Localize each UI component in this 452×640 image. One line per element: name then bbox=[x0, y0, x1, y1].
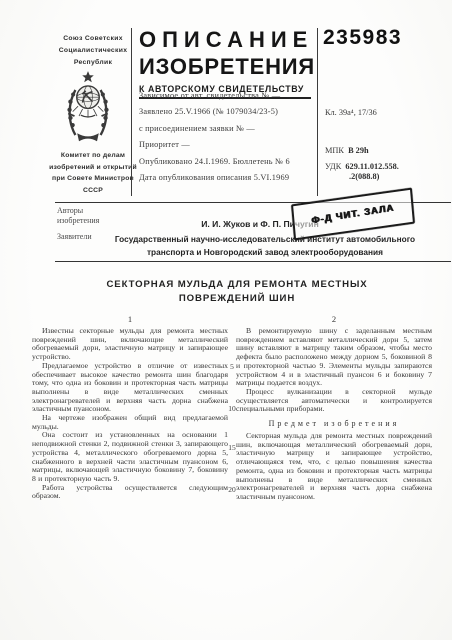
document-heading: ОПИСАНИЕ ИЗОБРЕТЕНИЯ К АВТОРСКОМУ СВИДЕТ… bbox=[139, 27, 315, 99]
paragraph: Процесс вулканизации в секторной мульде … bbox=[236, 388, 432, 414]
applicants-label: Заявители bbox=[57, 232, 92, 242]
union-name-line: Союз Советских bbox=[53, 33, 133, 45]
applicants-names: Государственный научно-исследовательский… bbox=[92, 233, 438, 258]
column-2: В ремонтируемую шину с заделанным местны… bbox=[236, 327, 432, 502]
separator-rule-bottom bbox=[55, 261, 451, 262]
paragraph: На чертеже изображен общий вид предлагае… bbox=[32, 414, 228, 431]
claim-paragraph: Секторная мульда для ремонта местных пов… bbox=[236, 432, 432, 502]
invention-title: СЕКТОРНАЯ МУЛЬДА ДЛЯ РЕМОНТА МЕСТНЫХ ПОВ… bbox=[52, 278, 422, 305]
committee-name-line: СССР bbox=[47, 185, 139, 197]
mpk-label: МПК bbox=[325, 146, 344, 155]
column1-header: 1 bbox=[32, 314, 228, 324]
union-name-line: Социалистических bbox=[53, 45, 133, 57]
udk-label: УДК bbox=[325, 162, 341, 171]
column2-header: 2 bbox=[236, 314, 432, 324]
line-number-20: 20 bbox=[223, 485, 241, 494]
line-number-5: 5 bbox=[223, 362, 241, 371]
filing-fields: Зависимое от авт. свидетельства № — Заяв… bbox=[139, 91, 317, 189]
udk-line: УДК 629.11.012.558. bbox=[325, 162, 399, 171]
column-headers: 1 2 bbox=[32, 314, 432, 324]
document-body: 1 2 Известны секторные мульды для ремонт… bbox=[32, 314, 432, 502]
authors-label: Авторыизобретения bbox=[57, 206, 99, 226]
field-dependent-certificate: Зависимое от авт. свидетельства № — bbox=[139, 91, 317, 107]
paragraph: В ремонтируемую шину с заделанным местны… bbox=[236, 327, 432, 388]
mpk-value: В 29h bbox=[348, 146, 369, 155]
paragraph: Работа устройства осуществляется следующ… bbox=[32, 484, 228, 501]
header-divider-left bbox=[131, 28, 132, 196]
document-heading-line1: ОПИСАНИЕ bbox=[139, 27, 315, 53]
field-priority: Приоритет — bbox=[139, 140, 317, 156]
paragraph: Известны секторные мульды для ремонта ме… bbox=[32, 327, 228, 362]
invention-title-line1: СЕКТОРНАЯ МУЛЬДА ДЛЯ РЕМОНТА МЕСТНЫХ bbox=[52, 278, 422, 292]
field-joined-application: с присоединением заявки № — bbox=[139, 124, 317, 140]
udk-value-continued: .2(088.8) bbox=[349, 172, 379, 181]
paragraph: Предлагаемое устройство в отличие от изв… bbox=[32, 362, 228, 414]
field-publication-date: Дата опубликования описания 5.VI.1969 bbox=[139, 173, 317, 189]
field-application-date: Заявлено 25.V.1966 (№ 1079034/23-5) bbox=[139, 107, 317, 123]
patent-document-page: Союз Советских Социалистических Республи… bbox=[0, 0, 452, 640]
union-name-line: Республик bbox=[53, 57, 133, 69]
column-1: Известны секторные мульды для ремонта ме… bbox=[32, 327, 228, 502]
header-divider-right bbox=[317, 28, 318, 196]
udk-value: 629.11.012.558. bbox=[345, 162, 398, 171]
invention-title-line2: ПОВРЕЖДЕНИЙ ШИН bbox=[52, 292, 422, 306]
library-stamp-text: Ф-Д ЧИТ. ЗАЛА bbox=[311, 202, 395, 226]
applicants-line1: Государственный научно-исследовательский… bbox=[92, 233, 438, 246]
line-number-15: 15 bbox=[223, 443, 241, 452]
committee-name-line: при Совете Министров bbox=[47, 173, 139, 185]
mpk-line: МПК В 29h bbox=[325, 146, 369, 155]
claim-heading: Предмет изобретения bbox=[236, 419, 432, 428]
ussr-emblem-icon bbox=[61, 70, 115, 146]
class-line: Кл. 39а⁴, 17/36 bbox=[325, 108, 377, 117]
committee-name-line: Комитет по делам bbox=[47, 150, 139, 162]
document-heading-line2: ИЗОБРЕТЕНИЯ bbox=[139, 54, 315, 80]
union-name: Союз Советских Социалистических Республи… bbox=[53, 33, 133, 69]
paragraph: Она состоит из установленных на основани… bbox=[32, 431, 228, 483]
field-published: Опубликовано 24.I.1969. Бюллетень № 6 bbox=[139, 157, 317, 173]
committee-name: Комитет по делам изобретений и открытий … bbox=[47, 150, 139, 196]
committee-name-line: изобретений и открытий bbox=[47, 162, 139, 174]
applicants-line2: транспорта и Новгородский завод электроо… bbox=[92, 246, 438, 259]
line-number-10: 10 bbox=[223, 404, 241, 413]
patent-number: 235983 bbox=[323, 26, 451, 50]
